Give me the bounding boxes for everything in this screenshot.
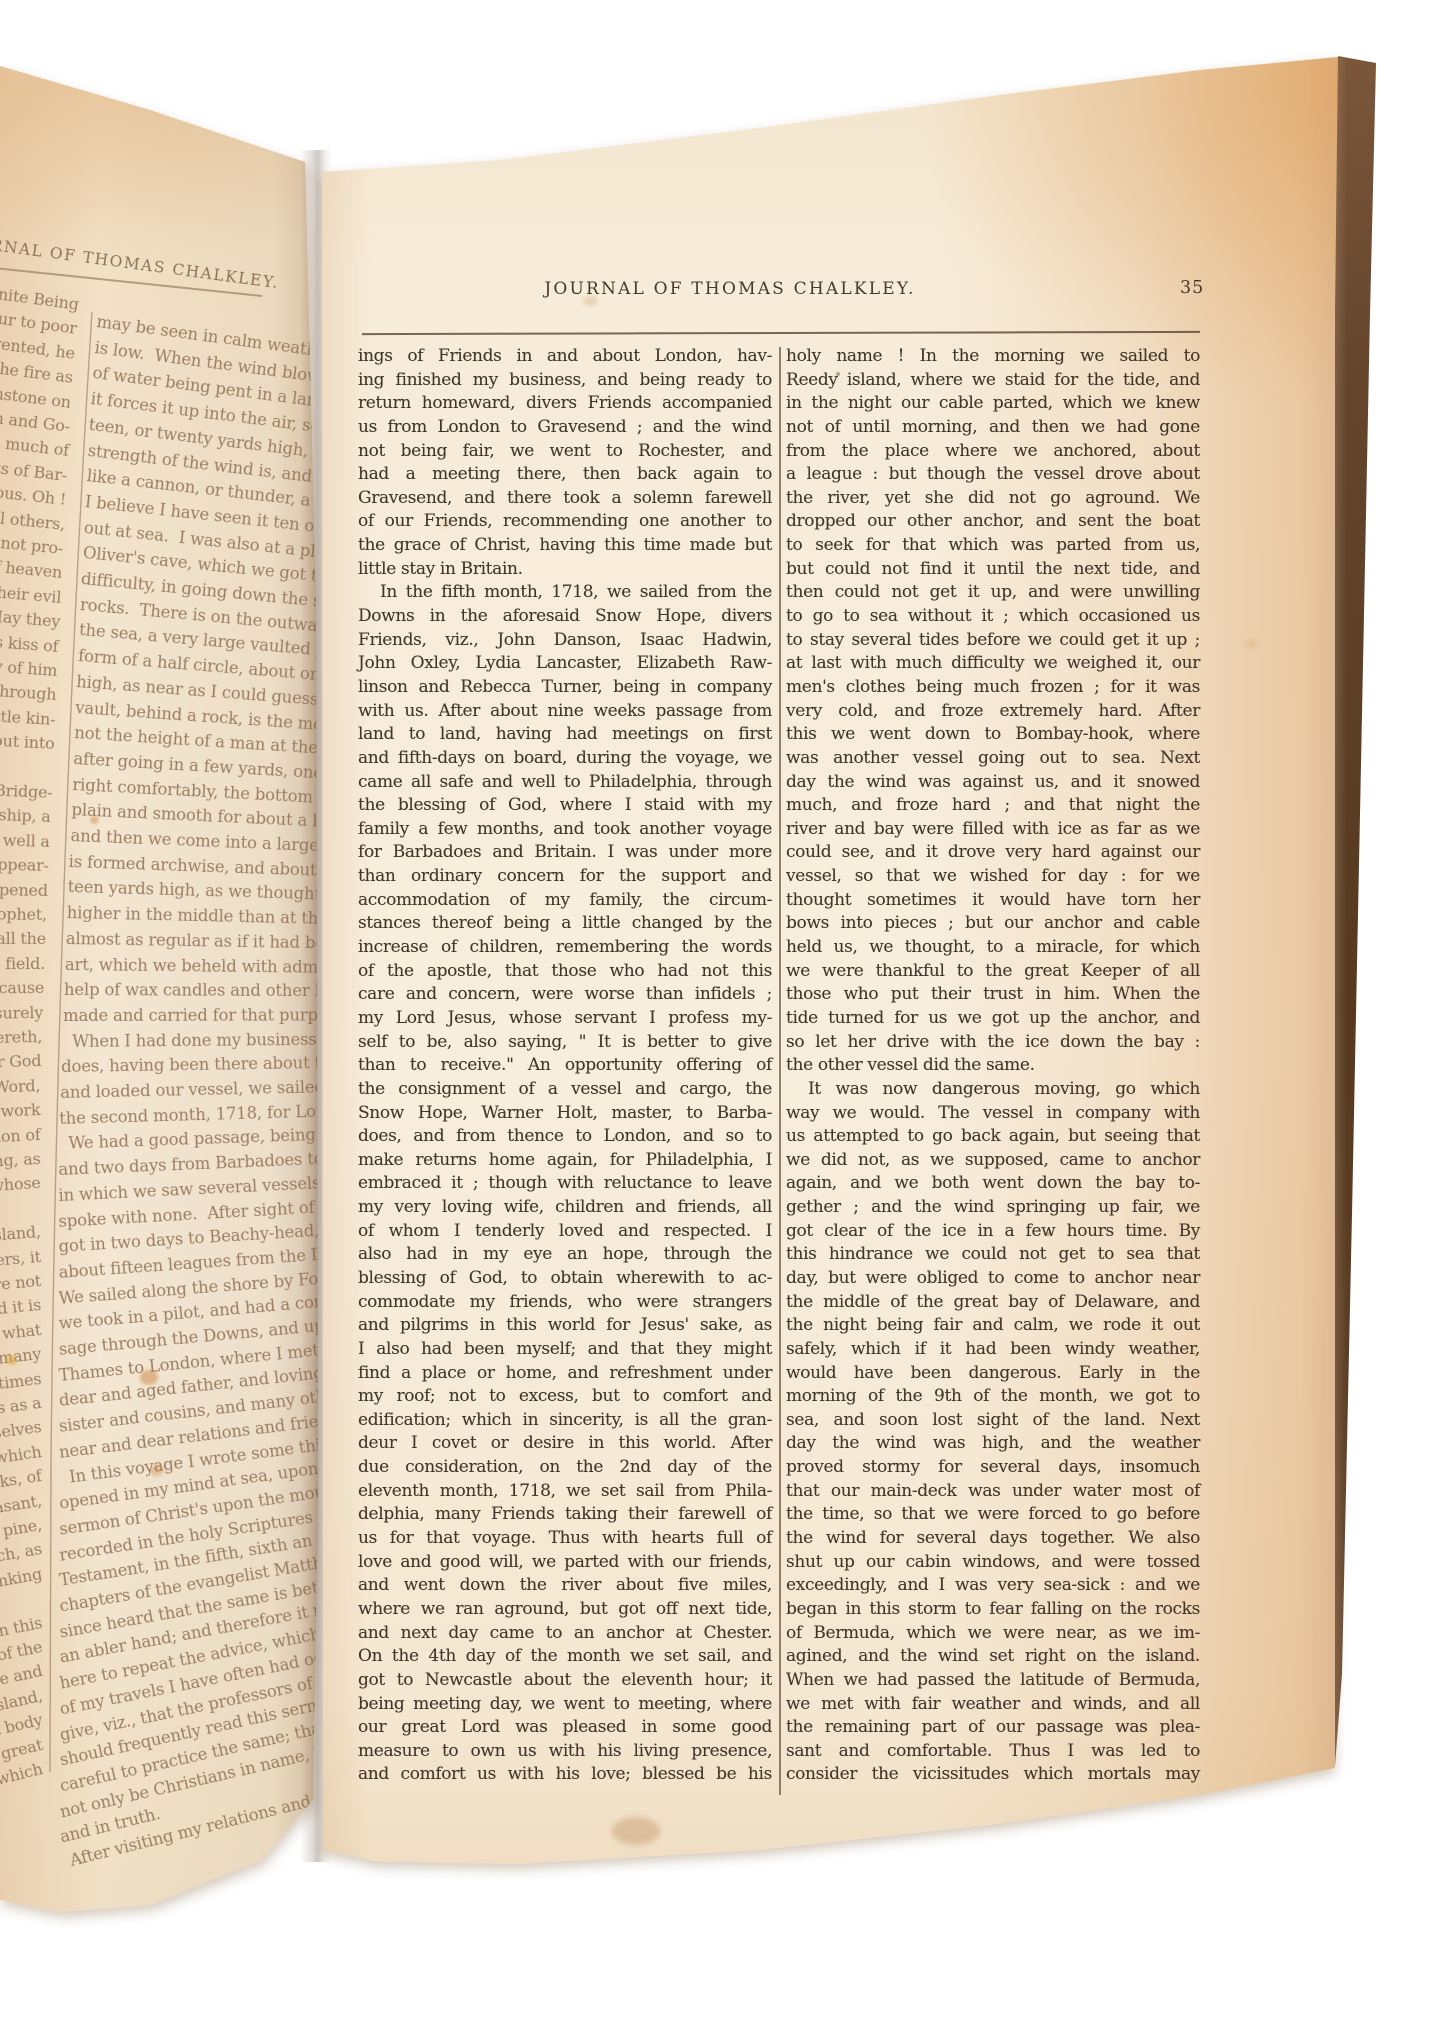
text-line: of Bermuda, which we were near, as we im… (786, 1622, 1200, 1646)
text-line: John Oxley, Lydia Lancaster, Elizabeth R… (358, 652, 772, 676)
text-line: day, but were obliged to come to anchor … (786, 1267, 1200, 1291)
text-line: return homeward, divers Friends accompan… (358, 392, 772, 416)
text-line: and pilgrims in this world for Jesus' sa… (358, 1314, 772, 1338)
text-line: and next day came to an anchor at Cheste… (358, 1622, 772, 1646)
text-line: held us, we thought, to a miracle, for w… (786, 936, 1200, 960)
text-line: ings of Friends in and about London, hav… (358, 345, 772, 369)
text-line: due consideration, on the 2nd day of the (358, 1456, 772, 1480)
text-line: day the wind was against us, and it snow… (786, 771, 1200, 795)
column-rule (779, 347, 781, 1795)
page-number: 35 (1180, 278, 1204, 298)
stain-spot (612, 1817, 660, 1845)
text-line: those who put their trust in him. When t… (786, 983, 1200, 1007)
text-line: again, and we both went down the bay to- (786, 1172, 1200, 1196)
text-line: commodate my friends, who were strangers (358, 1291, 772, 1315)
text-line: the blessing of God, where I staid with … (358, 794, 772, 818)
text-line: with us. After about nine weeks passage … (358, 700, 772, 724)
text-line: shut up our cabin windows, and were toss… (786, 1551, 1200, 1575)
text-line: our great Lord was pleased in some good (358, 1716, 772, 1740)
left-page: RNAL OF THOMAS CHALKLEY. d Infinite Bein… (0, 60, 332, 1922)
text-line: not being fair, we went to Rochester, an… (358, 440, 772, 464)
text-line: had a meeting there, then back again to (358, 463, 772, 487)
text-line: way we would. The vessel in company with (786, 1102, 1200, 1126)
text-line: Friends, viz., John Danson, Isaac Hadwin… (358, 629, 772, 653)
text-line: agined, and the wind set right on the is… (786, 1645, 1200, 1669)
text-line: the grace of Christ, having this time ma… (358, 534, 772, 558)
text-line: Gravesend, and there took a solemn farew… (358, 487, 772, 511)
left-text-column: ings of Friends in and about London, hav… (358, 345, 772, 1787)
text-line: the river, yet she did not go aground. W… (786, 487, 1200, 511)
text-line: that our main-deck was under water most … (786, 1480, 1200, 1504)
text-line: my very loving wife, children and friend… (358, 1196, 772, 1220)
text-line: us attempted to go back again, but seein… (786, 1125, 1200, 1149)
stain-spot (1245, 640, 1257, 649)
text-line-fragment: , because (0, 978, 44, 999)
text-line: love and good will, we parted with our f… (358, 1551, 772, 1575)
book-cover-edge (1330, 54, 1378, 1772)
text-line: bows into pieces ; but our anchor and ca… (786, 912, 1200, 936)
text-line: self to be, also saying, " It is better … (358, 1031, 772, 1055)
text-line: began in this storm to fear falling on t… (786, 1598, 1200, 1622)
text-line: In the fifth month, 1718, we sailed from… (358, 581, 772, 605)
text-line: to go to sea without it ; which occasion… (786, 605, 1200, 629)
text-line: the other vessel did the same. (786, 1054, 1200, 1078)
text-line: a league : but though the vessel drove a… (786, 463, 1200, 487)
text-line: delphia, many Friends taking their farew… (358, 1503, 772, 1527)
header-rule (362, 331, 1200, 335)
text-line: from the place where we anchored, about (786, 440, 1200, 464)
text-line: linson and Rebecca Turner, being in comp… (358, 676, 772, 700)
text-line: little stay in Britain. (358, 558, 772, 582)
text-line-fragment: prophet, (0, 903, 47, 924)
text-line: came all safe and well to Philadelphia, … (358, 771, 772, 795)
text-line: On the 4th day of the month we set sail,… (358, 1645, 772, 1669)
text-line: could see, and it drove very hard agains… (786, 841, 1200, 865)
text-line: morning of the 9th of the month, we got … (786, 1385, 1200, 1409)
text-line: in the night our cable parted, which we … (786, 392, 1200, 416)
text-line: my roof; not to excess, but to comfort a… (358, 1385, 772, 1409)
text-line: increase of children, remembering the wo… (358, 936, 772, 960)
text-line: not of until morning, and then we had go… (786, 416, 1200, 440)
right-text-column: holy name ! In the morning we sailed toR… (786, 345, 1200, 1787)
text-line: to seek for that which was parted from u… (786, 534, 1200, 558)
text-line: we met with fair weather and winds, and … (786, 1693, 1200, 1717)
text-line: of whom I tenderly loved and respected. … (358, 1220, 772, 1244)
text-line: deur I covet or desire in this world. Af… (358, 1432, 772, 1456)
text-line: gether ; and the wind springing up fair,… (786, 1196, 1200, 1220)
text-line: holy name ! In the morning we sailed to (786, 345, 1200, 369)
text-line: consider the vicissitudes which mortals … (786, 1763, 1200, 1787)
text-line: blessing of God, to obtain wherewith to … (358, 1267, 772, 1291)
text-line: the wind for several days together. We a… (786, 1527, 1200, 1551)
text-line: the night being fair and calm, we rode i… (786, 1314, 1200, 1338)
text-line: men's clothes being much frozen ; for it… (786, 676, 1200, 700)
text-line: so let her drive with the ice down the b… (786, 1031, 1200, 1055)
text-line: thought sometimes it would have torn her (786, 889, 1200, 913)
text-line: being meeting day, we went to meeting, w… (358, 1693, 772, 1717)
text-line: for Barbadoes and Britain. I was under m… (358, 841, 772, 865)
text-line: the time, so that we were forced to go b… (786, 1503, 1200, 1527)
text-line: the middle of the great bay of Delaware,… (786, 1291, 1200, 1315)
text-line: we were thankful to the great Keeper of … (786, 960, 1200, 984)
text-line: ing finished my business, and being read… (358, 369, 772, 393)
text-line: eleventh month, 1718, we set sail from P… (358, 1480, 772, 1504)
text-line-fragment: at appear- (0, 852, 49, 875)
text-line: at last with much difficulty we weighed … (786, 652, 1200, 676)
text-line: embraced it ; though with reluctance to … (358, 1172, 772, 1196)
text-line: and fifth-days on board, during the voya… (358, 747, 772, 771)
text-line: day the wind was high, and the weather (786, 1432, 1200, 1456)
text-line: accommodation of my family, the circum- (358, 889, 772, 913)
text-line: dropped our other anchor, and sent the b… (786, 510, 1200, 534)
text-line: of our Friends, recommending one another… (358, 510, 772, 534)
text-line: the consignment of a vessel and cargo, t… (358, 1078, 772, 1102)
text-line: where we ran aground, but got off next t… (358, 1598, 772, 1622)
text-line: Downs in the aforesaid Snow Hope, divers (358, 605, 772, 629)
text-line: sea, and soon lost sight of the land. Ne… (786, 1409, 1200, 1433)
text-line: us for that voyage. Thus with hearts ful… (358, 1527, 772, 1551)
text-line: safely, which if it had been windy weath… (786, 1338, 1200, 1362)
text-line: we did not, as we supposed, came to anch… (786, 1149, 1200, 1173)
text-line: than ordinary concern for the support an… (358, 865, 772, 889)
text-line: to stay several tides before we could ge… (786, 629, 1200, 653)
text-line: was another vessel going out to sea. Nex… (786, 747, 1200, 771)
text-line: land to land, having had meetings on fir… (358, 723, 772, 747)
text-line: vessel, so that we wished for day : for … (786, 865, 1200, 889)
text-line: stances thereof being a little changed b… (358, 912, 772, 936)
text-line-fragment: : surely (0, 1003, 43, 1025)
text-line: exceedingly, and I was very sea-sick : a… (786, 1574, 1200, 1598)
running-head: JOURNAL OF THOMAS CHALKLEY. (450, 279, 1010, 299)
text-line: my Lord Jesus, whose servant I profess m… (358, 1007, 772, 1031)
book-photo: RNAL OF THOMAS CHALKLEY. d Infinite Bein… (0, 0, 1445, 2023)
text-line: would have been dangerous. Early in the (786, 1362, 1200, 1386)
text-line: proved stormy for several days, insomuch (786, 1456, 1200, 1480)
text-line: this hindrance we could not get to sea t… (786, 1243, 1200, 1267)
text-line: but could not find it until the next tid… (786, 558, 1200, 582)
text-line: does, and from thence to London, and so … (358, 1125, 772, 1149)
text-line: I also had been myself; and that they mi… (358, 1338, 772, 1362)
text-line: Snow Hope, Warner Holt, master, to Barba… (358, 1102, 772, 1126)
text-line: then could not get it up, and were unwil… (786, 581, 1200, 605)
text-line: and went down the river about five miles… (358, 1574, 772, 1598)
text-line: also had in my eye an hope, through the (358, 1243, 772, 1267)
text-line-fragment: the field. (0, 954, 45, 973)
text-line-fragment: nd all the (0, 929, 46, 949)
text-line: edification; which in sincerity, is all … (358, 1409, 772, 1433)
text-line: got to Newcastle about the eleventh hour… (358, 1669, 772, 1693)
text-line: the remaining part of our passage was pl… (786, 1716, 1200, 1740)
text-line: got clear of the ice in a few hours time… (786, 1220, 1200, 1244)
text-line: this we went down to Bombay-hook, where (786, 723, 1200, 747)
text-line-fragment: ly opened (0, 877, 48, 899)
text-line: care and concern, were worse than infide… (358, 983, 772, 1007)
text-line: Reedy island, where we staid for the tid… (786, 369, 1200, 393)
text-line: and comfort us with his love; blessed be… (358, 1763, 772, 1787)
text-line: very cold, and froze extremely hard. Aft… (786, 700, 1200, 724)
text-line: When we had passed the latitude of Bermu… (786, 1669, 1200, 1693)
text-line: much, and froze hard ; and that night th… (786, 794, 1200, 818)
text-line: us from London to Gravesend ; and the wi… (358, 416, 772, 440)
text-line: make returns home again, for Philadelphi… (358, 1149, 772, 1173)
text-line: family a few months, and took another vo… (358, 818, 772, 842)
text-line: It was now dangerous moving, go which (786, 1078, 1200, 1102)
text-line: measure to own us with his living presen… (358, 1740, 772, 1764)
text-line: than to receive." An opportunity offerin… (358, 1054, 772, 1078)
text-line: tide turned for us we got up the anchor,… (786, 1007, 1200, 1031)
text-line: sant and comfortable. Thus I was led to (786, 1740, 1200, 1764)
text-line: find a place or home, and refreshment un… (358, 1362, 772, 1386)
text-line: of the apostle, that those who had not t… (358, 960, 772, 984)
text-line: river and bay were filled with ice as fa… (786, 818, 1200, 842)
right-page: JOURNAL OF THOMAS CHALKLEY. 35 ings of F… (320, 55, 1342, 1872)
